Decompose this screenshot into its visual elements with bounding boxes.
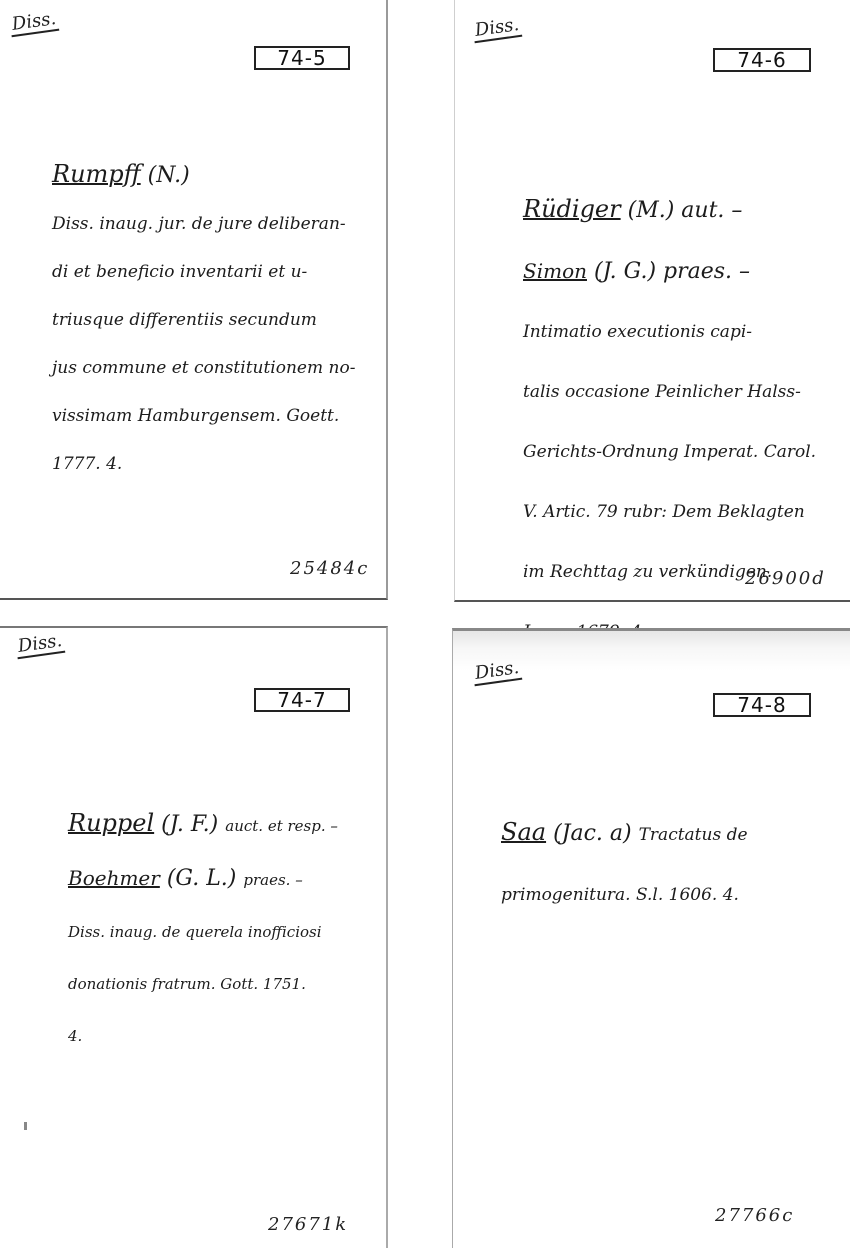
dissertation-mark: Diss. <box>9 9 60 38</box>
entry-line: di et beneficio inventarii et u- <box>52 260 382 284</box>
title-start: Tractatus de <box>639 825 748 845</box>
entry-line: primogenitura. S.l. 1606. 4. <box>501 880 847 910</box>
accession-number: 27671k <box>268 1214 348 1235</box>
author-surname: Ruppel <box>68 809 154 837</box>
call-number: 74-8 <box>713 693 811 717</box>
call-number: 74-6 <box>713 48 811 72</box>
second-author-initials: (G. L.) <box>167 866 237 891</box>
entry-line: Intimatio executionis capi- <box>523 317 849 347</box>
catalog-entry: Rumpff (N.) Diss. inaug. jur. de jure de… <box>52 138 382 500</box>
catalog-card-74-5: Diss. 74-5 Rumpff (N.) Diss. inaug. jur.… <box>0 0 388 600</box>
catalog-entry: Rüdiger (M.) aut. – Simon (J. G.) praes.… <box>523 164 849 677</box>
entry-line: V. Artic. 79 rubr: Dem Beklagten <box>523 497 849 527</box>
second-author-heading: Simon (J. G.) praes. – <box>523 256 849 287</box>
second-author-role: praes. – <box>243 871 302 889</box>
author-initials: (N.) <box>148 163 190 188</box>
catalog-entry: Ruppel (J. F.) auct. et resp. – Boehmer … <box>68 784 386 1075</box>
author-initials: (M.) <box>628 198 675 223</box>
catalog-card-74-7: Diss. 74-7 Ruppel (J. F.) auct. et resp.… <box>0 626 388 1248</box>
accession-number: 26900d <box>745 568 826 589</box>
author-initials: (J. F.) <box>161 812 218 837</box>
entry-line: Diss. inaug. de querela inofficiosi <box>68 919 386 945</box>
author-heading: Ruppel (J. F.) auct. et resp. – <box>68 810 386 839</box>
dissertation-mark: Diss. <box>472 15 523 44</box>
second-author-heading: Boehmer (G. L.) praes. – <box>68 865 386 893</box>
entry-line: talis occasione Peinlicher Halss- <box>523 377 849 407</box>
dissertation-mark: Diss. <box>472 658 523 687</box>
call-number: 74-7 <box>254 688 350 712</box>
author-heading: Saa (Jac. a) Tractatus de <box>501 817 847 850</box>
catalog-card-74-8: Diss. 74-8 Saa (Jac. a) Tractatus de pri… <box>452 628 850 1248</box>
second-author-initials: (J. G.) <box>594 259 656 284</box>
second-author-role: praes. – <box>663 259 750 284</box>
accession-number: 25484c <box>290 558 369 579</box>
entry-line: 4. <box>68 1023 386 1049</box>
author-surname: Saa <box>501 818 546 846</box>
author-heading: Rumpff (N.) <box>52 162 382 188</box>
catalog-entry: Saa (Jac. a) Tractatus de primogenitura.… <box>501 787 847 940</box>
catalog-card-74-6: Diss. 74-6 Rüdiger (M.) aut. – Simon (J.… <box>454 0 850 602</box>
author-surname: Rumpff <box>52 160 141 188</box>
entry-line: Diss. inaug. jur. de jure deliberan- <box>52 212 382 236</box>
entry-line: donationis fratrum. Gott. 1751. <box>68 971 386 997</box>
author-initials: (Jac. a) <box>553 821 632 846</box>
entry-line: vissimam Hamburgensem. Goett. <box>52 404 382 428</box>
accession-number: 27766c <box>715 1205 794 1226</box>
entry-line: 1777. 4. <box>52 452 382 476</box>
author-role: aut. – <box>681 198 742 223</box>
entry-line: jus commune et constitutionem no- <box>52 356 382 380</box>
second-author-surname: Boehmer <box>68 866 160 890</box>
author-role: auct. et resp. – <box>225 817 338 835</box>
entry-line: triusque differentiis secundum <box>52 308 382 332</box>
author-heading: Rüdiger (M.) aut. – <box>523 194 849 226</box>
dissertation-mark: Diss. <box>15 631 66 660</box>
call-number: 74-5 <box>254 46 350 70</box>
author-surname: Rüdiger <box>523 195 621 223</box>
entry-line: Gerichts-Ordnung Imperat. Carol. <box>523 437 849 467</box>
scan-artifact <box>24 1122 27 1130</box>
second-author-surname: Simon <box>523 259 587 283</box>
